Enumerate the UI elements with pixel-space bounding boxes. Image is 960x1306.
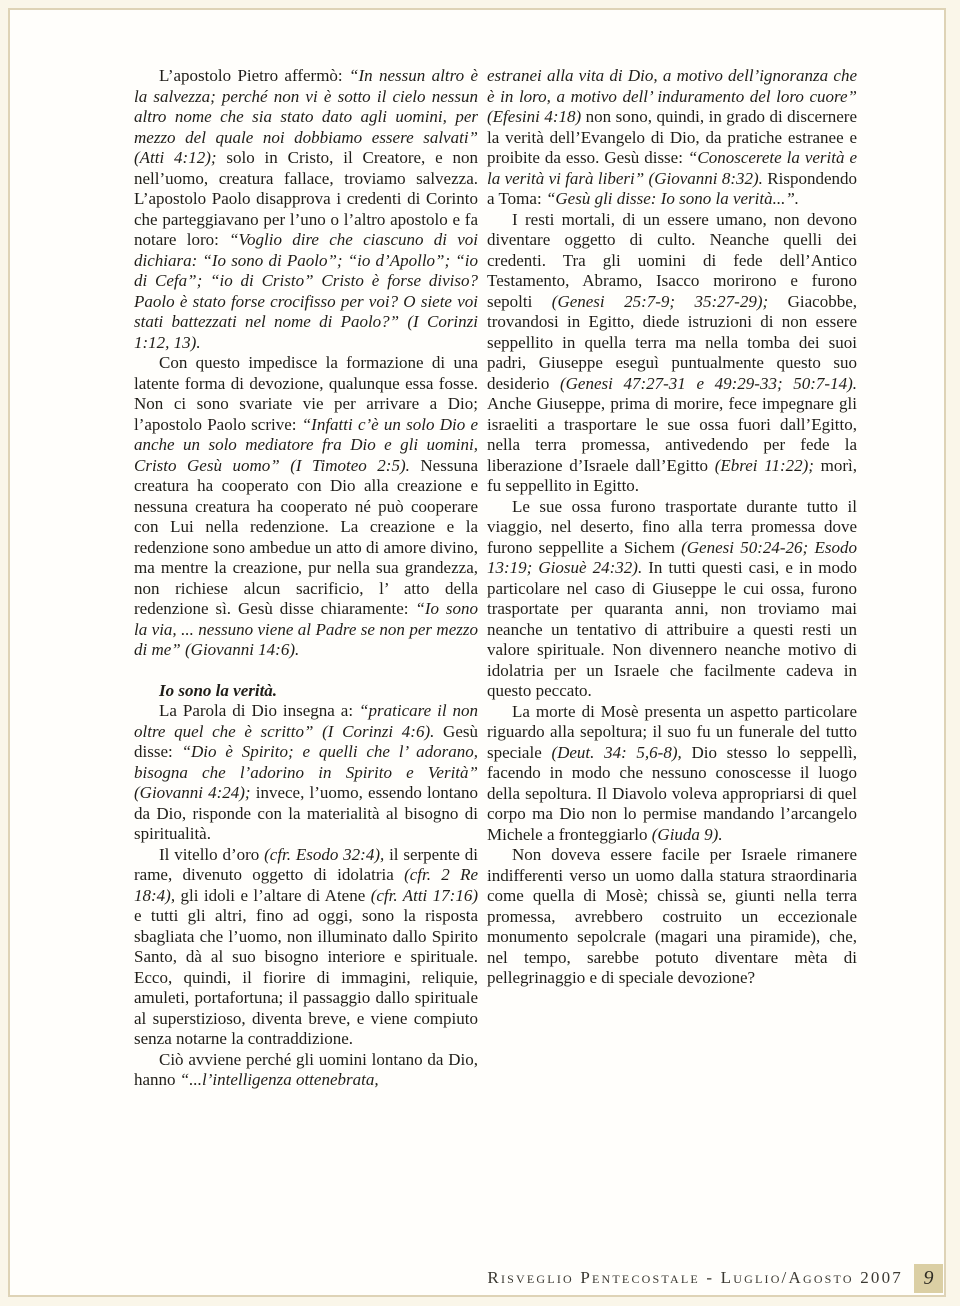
- paragraph: Ciò avviene perché gli uomini lontano da…: [134, 1050, 478, 1091]
- paragraph: estranei alla vita di Dio, a motivo dell…: [487, 66, 857, 210]
- journal-title: Risveglio Pentecostale - Luglio/Agosto 2…: [487, 1268, 903, 1288]
- page-footer: Risveglio Pentecostale - Luglio/Agosto 2…: [487, 1263, 943, 1293]
- paragraph: L’apostolo Pietro affermò: “In nessun al…: [134, 66, 478, 353]
- section-heading: Io sono la verità.: [134, 681, 478, 702]
- paragraph: Il vitello d’oro (cfr. Esodo 32:4), il s…: [134, 845, 478, 1050]
- article-column-left: L’apostolo Pietro affermò: “In nessun al…: [134, 66, 478, 1091]
- article-column-right: estranei alla vita di Dio, a motivo dell…: [487, 66, 857, 989]
- paragraph: Non doveva essere facile per Israele rim…: [487, 845, 857, 989]
- paragraph: Con questo impedisce la formazione di un…: [134, 353, 478, 661]
- paragraph: La Parola di Dio insegna a: “praticare i…: [134, 701, 478, 845]
- paragraph: Le sue ossa furono trasportate durante t…: [487, 497, 857, 702]
- paragraph: La morte di Mosè presenta un aspetto par…: [487, 702, 857, 846]
- paragraph: I resti mortali, di un essere umano, non…: [487, 210, 857, 497]
- page-number-badge: 9: [914, 1264, 943, 1293]
- magazine-page: L’apostolo Pietro affermò: “In nessun al…: [0, 0, 960, 1306]
